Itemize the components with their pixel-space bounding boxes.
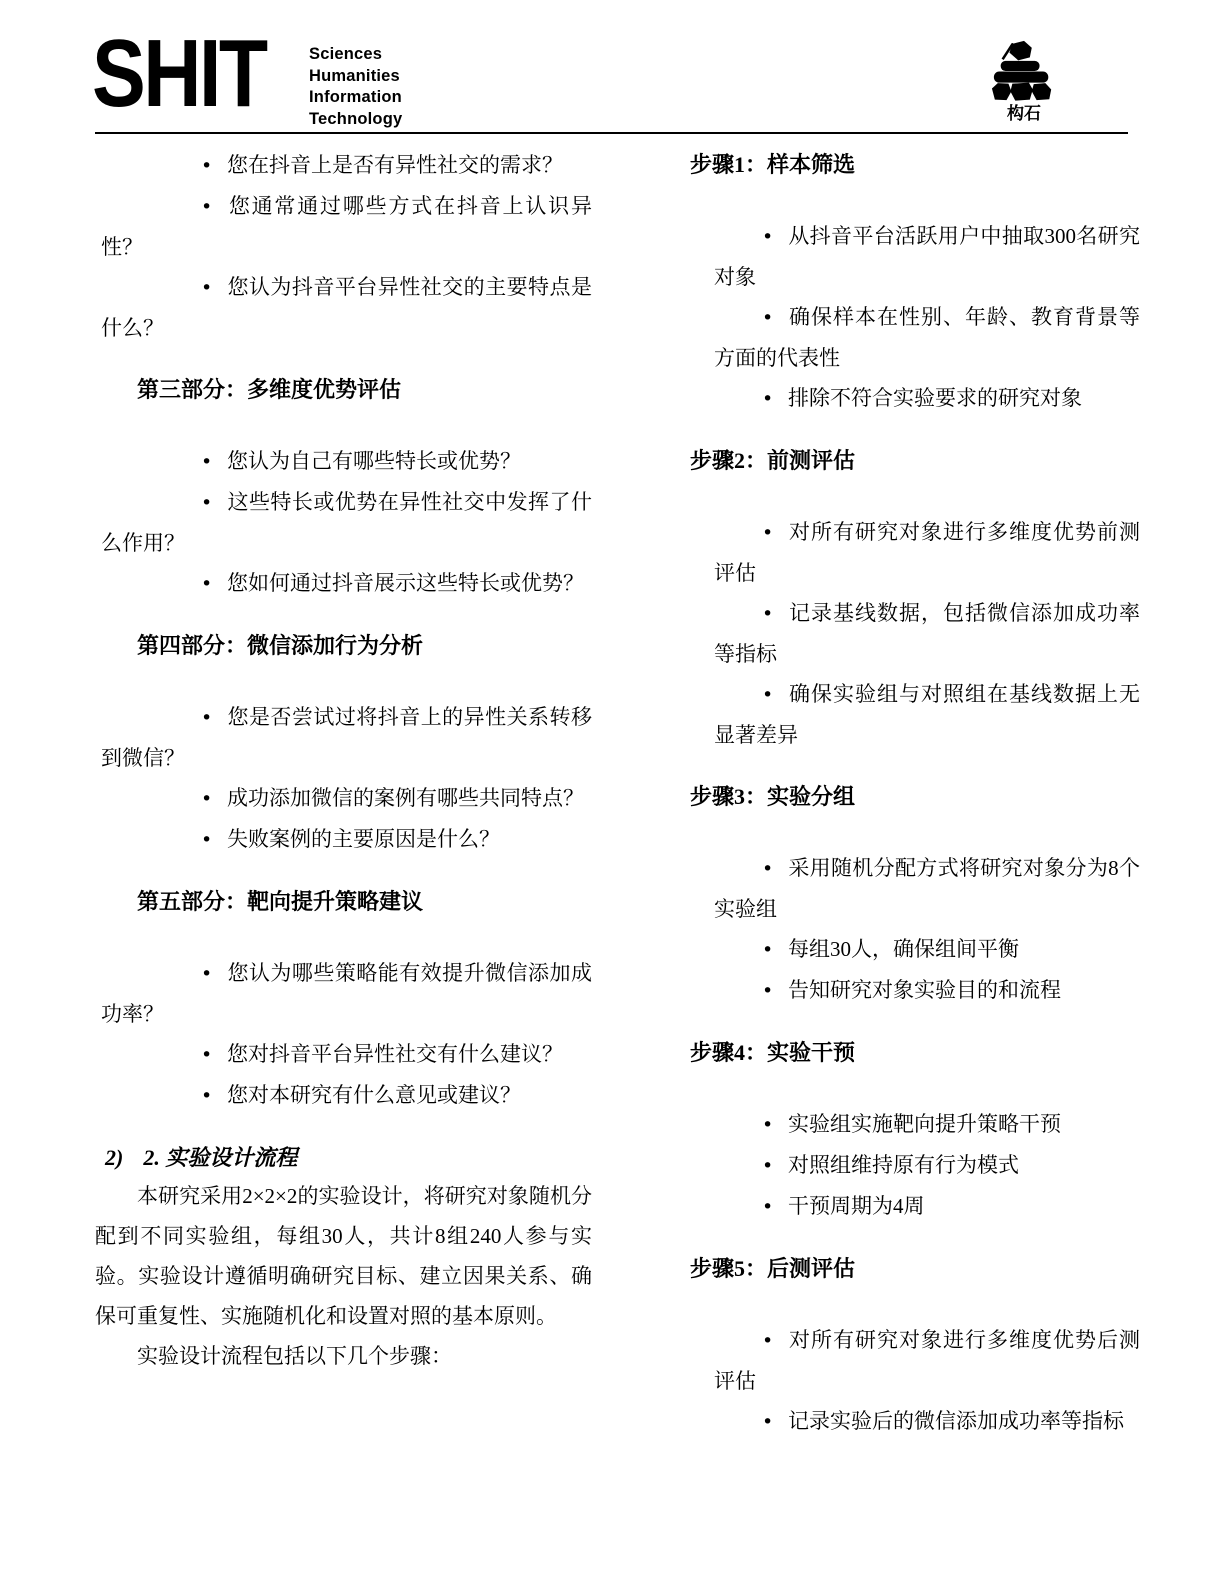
- section-heading: 第四部分：微信添加行为分析: [95, 626, 592, 666]
- bullet-icon: •: [201, 698, 210, 738]
- bullet-icon: •: [762, 971, 771, 1011]
- bullet-item: •对所有研究对象进行多维度优势后测评估: [690, 1320, 1140, 1401]
- left-column: •您在抖音上是否有异性社交的需求？•您通常通过哪些方式在抖音上认识异性？•您认为…: [95, 145, 592, 1376]
- body-paragraph: 本研究采用2×2×2的实验设计，将研究对象随机分配到不同实验组，每组30人，共计…: [95, 1176, 592, 1336]
- bullet-item: •您在抖音上是否有异性社交的需求？: [95, 145, 592, 186]
- bullet-item: •您认为哪些策略能有效提升微信添加成功率？: [95, 953, 592, 1034]
- bullet-text: 这些特长或优势在异性社交中发挥了什么作用？: [101, 490, 592, 555]
- bullet-icon: •: [762, 379, 771, 419]
- right-column: 步骤1：样本筛选•从抖音平台活跃用户中抽取300名研究对象•确保样本在性别、年龄…: [690, 145, 1140, 1442]
- bullet-icon: •: [201, 779, 210, 819]
- bullet-item: •成功添加微信的案例有哪些共同特点？: [95, 778, 592, 819]
- numbered-section-heading: 2)2. 实验设计流程: [95, 1140, 592, 1176]
- bullet-item: •对所有研究对象进行多维度优势前测评估: [690, 512, 1140, 593]
- bullet-item: •干预周期为4周: [690, 1186, 1140, 1227]
- bullet-icon: •: [762, 1402, 771, 1442]
- bullet-text: 记录基线数据，包括微信添加成功率等指标: [714, 601, 1140, 666]
- bullet-icon: •: [762, 217, 771, 257]
- bullet-text: 您在抖音上是否有异性社交的需求？: [227, 153, 563, 177]
- bullet-icon: •: [762, 513, 771, 553]
- heading-text: 2. 实验设计流程: [143, 1145, 297, 1170]
- bullet-icon: •: [201, 187, 210, 227]
- bullet-text: 您认为抖音平台异性社交的主要特点是什么？: [101, 275, 592, 340]
- bullet-text: 您认为哪些策略能有效提升微信添加成功率？: [101, 961, 592, 1026]
- org-mark: 构石: [982, 40, 1066, 123]
- bullet-text: 确保实验组与对照组在基线数据上无显著差异: [714, 682, 1140, 747]
- bullet-text: 干预周期为4周: [788, 1194, 925, 1218]
- bullet-item: •对照组维持原有行为模式: [690, 1145, 1140, 1186]
- bullet-text: 实验组实施靶向提升策略干预: [788, 1112, 1061, 1136]
- bullet-item: •您对本研究有什么意见或建议？: [95, 1075, 592, 1116]
- section-heading: 步骤2：前测评估: [690, 441, 1140, 481]
- bullet-item: •这些特长或优势在异性社交中发挥了什么作用？: [95, 482, 592, 563]
- shit-logo: SHIT: [92, 26, 266, 122]
- bullet-item: •您认为抖音平台异性社交的主要特点是什么？: [95, 267, 592, 348]
- bullet-text: 您通常通过哪些方式在抖音上认识异性？: [101, 194, 592, 259]
- bullet-item: •您是否尝试过将抖音上的异性关系转移到微信？: [95, 697, 592, 778]
- bullet-text: 告知研究对象实验目的和流程: [788, 978, 1061, 1002]
- bullet-item: •从抖音平台活跃用户中抽取300名研究对象: [690, 216, 1140, 297]
- bullet-item: •您如何通过抖音展示这些特长或优势？: [95, 563, 592, 604]
- bullet-icon: •: [201, 146, 210, 186]
- bullet-text: 确保样本在性别、年龄、教育背景等方面的代表性: [714, 305, 1140, 370]
- bullet-icon: •: [201, 954, 210, 994]
- logo-subtitle-line: Technology: [309, 109, 402, 131]
- header-divider: [95, 132, 1128, 134]
- bullet-item: •记录实验后的微信添加成功率等指标: [690, 1401, 1140, 1442]
- bullet-icon: •: [762, 1187, 771, 1227]
- bullet-item: •确保样本在性别、年龄、教育背景等方面的代表性: [690, 297, 1140, 378]
- bullet-icon: •: [762, 1146, 771, 1186]
- bullet-text: 失败案例的主要原因是什么？: [227, 827, 500, 851]
- bullet-item: •确保实验组与对照组在基线数据上无显著差异: [690, 674, 1140, 755]
- bullet-text: 采用随机分配方式将研究对象分为8个实验组: [714, 856, 1140, 921]
- bullet-item: •您对抖音平台异性社交有什么建议？: [95, 1034, 592, 1075]
- section-heading: 第五部分：靶向提升策略建议: [95, 882, 592, 922]
- bullet-icon: •: [762, 1105, 771, 1145]
- bullet-text: 您如何通过抖音展示这些特长或优势？: [227, 571, 584, 595]
- bullet-icon: •: [762, 1321, 771, 1361]
- bullet-item: •失败案例的主要原因是什么？: [95, 819, 592, 860]
- bullet-icon: •: [201, 483, 210, 523]
- section-heading: 步骤5：后测评估: [690, 1249, 1140, 1289]
- bullet-icon: •: [762, 298, 771, 338]
- bullet-icon: •: [201, 1035, 210, 1075]
- bullet-item: •您通常通过哪些方式在抖音上认识异性？: [95, 186, 592, 267]
- bullet-item: •记录基线数据，包括微信添加成功率等指标: [690, 593, 1140, 674]
- document-page: SHIT Sciences Humanities Information Tec…: [0, 0, 1224, 1584]
- bullet-icon: •: [201, 820, 210, 860]
- bullet-icon: •: [762, 930, 771, 970]
- bullet-text: 成功添加微信的案例有哪些共同特点？: [227, 786, 584, 810]
- bullet-icon: •: [762, 594, 771, 634]
- bullet-item: •排除不符合实验要求的研究对象: [690, 378, 1140, 419]
- bullet-icon: •: [201, 268, 210, 308]
- bullet-text: 对照组维持原有行为模式: [788, 1153, 1019, 1177]
- bullet-icon: •: [762, 675, 771, 715]
- bullet-text: 对所有研究对象进行多维度优势后测评估: [714, 1328, 1140, 1393]
- bullet-icon: •: [201, 442, 210, 482]
- logo-subtitle-line: Information: [309, 87, 402, 109]
- bullet-text: 从抖音平台活跃用户中抽取300名研究对象: [714, 224, 1140, 289]
- bullet-item: •告知研究对象实验目的和流程: [690, 970, 1140, 1011]
- section-heading: 步骤4：实验干预: [690, 1033, 1140, 1073]
- bullet-text: 记录实验后的微信添加成功率等指标: [788, 1409, 1124, 1433]
- bullet-text: 对所有研究对象进行多维度优势前测评估: [714, 520, 1140, 585]
- bullet-text: 您对抖音平台异性社交有什么建议？: [227, 1042, 563, 1066]
- bullet-text: 每组30人，确保组间平衡: [788, 937, 1019, 961]
- section-heading: 步骤1：样本筛选: [690, 145, 1140, 185]
- section-heading: 第三部分：多维度优势评估: [95, 370, 592, 410]
- org-mark-label: 构石: [982, 105, 1066, 123]
- bullet-text: 排除不符合实验要求的研究对象: [788, 386, 1082, 410]
- section-heading: 步骤3：实验分组: [690, 777, 1140, 817]
- bullet-item: •采用随机分配方式将研究对象分为8个实验组: [690, 848, 1140, 929]
- bullet-item: •实验组实施靶向提升策略干预: [690, 1104, 1140, 1145]
- bullet-text: 您对本研究有什么意见或建议？: [227, 1083, 521, 1107]
- rock-pile-icon: [990, 40, 1058, 104]
- logo-subtitle: Sciences Humanities Information Technolo…: [309, 44, 402, 130]
- logo-subtitle-line: Sciences: [309, 44, 402, 66]
- bullet-item: •您认为自己有哪些特长或优势？: [95, 441, 592, 482]
- bullet-item: •每组30人，确保组间平衡: [690, 929, 1140, 970]
- body-paragraph: 实验设计流程包括以下几个步骤：: [95, 1336, 592, 1376]
- logo-subtitle-line: Humanities: [309, 66, 402, 88]
- bullet-icon: •: [201, 564, 210, 604]
- bullet-text: 您是否尝试过将抖音上的异性关系转移到微信？: [101, 705, 592, 770]
- bullet-text: 您认为自己有哪些特长或优势？: [227, 449, 521, 473]
- bullet-icon: •: [762, 849, 771, 889]
- bullet-icon: •: [201, 1076, 210, 1116]
- list-number: 2): [105, 1140, 123, 1176]
